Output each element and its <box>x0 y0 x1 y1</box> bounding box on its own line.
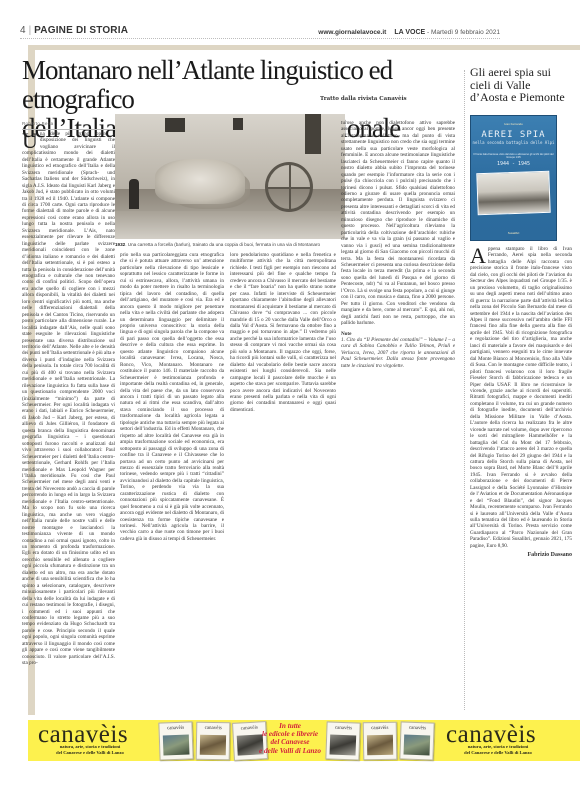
photo-window <box>233 118 243 130</box>
newspaper-name: LA VOCE <box>394 29 425 36</box>
magazine-cover: canavèis <box>399 721 434 760</box>
sidebar-text: ppena stampato il libro di Ivan Ferrando… <box>470 246 572 549</box>
book-years: 1944 - 1945 <box>471 161 556 167</box>
cover-title: canavèis <box>327 725 359 731</box>
article-byline: Roberto Bena <box>22 121 115 130</box>
article-source: Tratto dalla rivista Canavèis <box>320 96 407 102</box>
page-header: 4 | PAGINE DI STORIA www.giornalelavoce.… <box>20 25 500 39</box>
magazine-cover: canavèis <box>325 721 360 760</box>
column-text: turose anche non dialettofono attivo sap… <box>341 120 455 327</box>
article-column-2: prio nella sua particolareggiata cura et… <box>120 252 224 714</box>
book-cover-photo <box>476 171 550 216</box>
drop-cap: A <box>470 247 486 265</box>
issue-date: - Martedì 9 febbraio 2021 <box>427 29 500 36</box>
article-column-3: loro pendolarismo quotidiano e nella fre… <box>230 252 336 714</box>
drop-cap: U <box>22 132 38 150</box>
cover-title: canavèis <box>197 726 229 732</box>
book-cover: Ivan Ferrando AEREI SPIA nella seconda b… <box>470 115 557 241</box>
photo-figure <box>129 179 139 209</box>
book-title: AEREI SPIA <box>471 130 556 140</box>
book-publisher: Susalibri <box>471 231 556 235</box>
notes-text: 1. Cito da “Il Piemonte dei contadini” –… <box>341 337 455 369</box>
column-divider <box>464 70 465 710</box>
banner-tagline-right: natura, arte, storia e tradizioni del Ca… <box>438 744 558 756</box>
book-description: Il fronte italo-francese visto dal cielo… <box>471 153 556 159</box>
promo-line-2: le edicole e librerie <box>250 730 330 738</box>
magazine-cover: canavèis <box>363 722 398 761</box>
cover-image <box>404 735 431 756</box>
photo-window <box>165 118 185 132</box>
banner-tagline-left: natura, arte, storia e tradizioni del Ca… <box>30 744 150 756</box>
photo-ox <box>155 159 245 204</box>
magazine-cover: canavèis <box>158 721 193 760</box>
cover-title: canavèis <box>364 726 396 732</box>
article-photo <box>115 114 345 239</box>
photo-cart-wheel <box>265 162 313 212</box>
tagline-line-2: del Canavese e delle Valli di Lanzo <box>438 750 558 756</box>
column-text: prio nella sua particolareggiata cura et… <box>120 252 224 542</box>
caption-text: . Una carretta a forcella (barlun), trai… <box>125 242 320 247</box>
article-column-1: U na delle più grandi opere a disposizio… <box>22 131 115 713</box>
book-author: Ivan Ferrando <box>471 122 556 126</box>
article-column-4: turose anche non dialettofono attivo sap… <box>341 120 455 714</box>
cover-title: canavèis <box>159 725 191 731</box>
cover-image <box>163 735 190 756</box>
section-label: 4 | PAGINE DI STORIA <box>20 25 128 36</box>
headline-line-1: Montanaro nell’Atlante linguistico ed et… <box>22 56 452 114</box>
banner-promo-text: In tutte le edicole e librerie del Canav… <box>250 722 330 755</box>
photo-ground <box>115 211 345 239</box>
photo-caption: 1932. Una carretta a forcella (barlun), … <box>115 242 345 247</box>
website-link[interactable]: www.giornalelavoce.it <box>318 29 386 36</box>
promo-line-3: del Canavese <box>250 738 330 746</box>
column-text: na delle più grandi opere a disposizione… <box>22 131 115 667</box>
tagline-line-2: del Canavese e delle Valli di Lanzo <box>30 750 150 756</box>
sidebar-signature: Fabrizio Dassano <box>470 552 572 558</box>
header-meta: www.giornalelavoce.it LA VOCE - Martedì … <box>318 29 500 36</box>
cover-image <box>330 735 357 756</box>
section-title: PAGINE DI STORIA <box>34 25 128 36</box>
cover-image <box>200 735 226 755</box>
promo-line-4: e delle Valli di Lanzo <box>250 747 330 755</box>
caption-year: 1932 <box>115 242 125 247</box>
page-number: 4 <box>20 25 26 36</box>
sidebar-headline: Gli aerei spia sui cieli di Valle d’Aost… <box>470 66 570 104</box>
promo-line-1: In tutte <box>250 722 330 730</box>
column-text: loro pendolarismo quotidiano e nella fre… <box>230 252 336 413</box>
sidebar-column: A ppena stampato il libro di Ivan Ferran… <box>470 246 572 714</box>
photo-door <box>305 114 321 154</box>
cover-title: canavèis <box>401 725 433 731</box>
magazine-cover: canavèis <box>196 722 231 761</box>
cover-image <box>367 735 393 755</box>
book-subtitle: nella seconda battaglia delle Alpi <box>471 141 556 146</box>
header-separator: | <box>29 25 32 36</box>
